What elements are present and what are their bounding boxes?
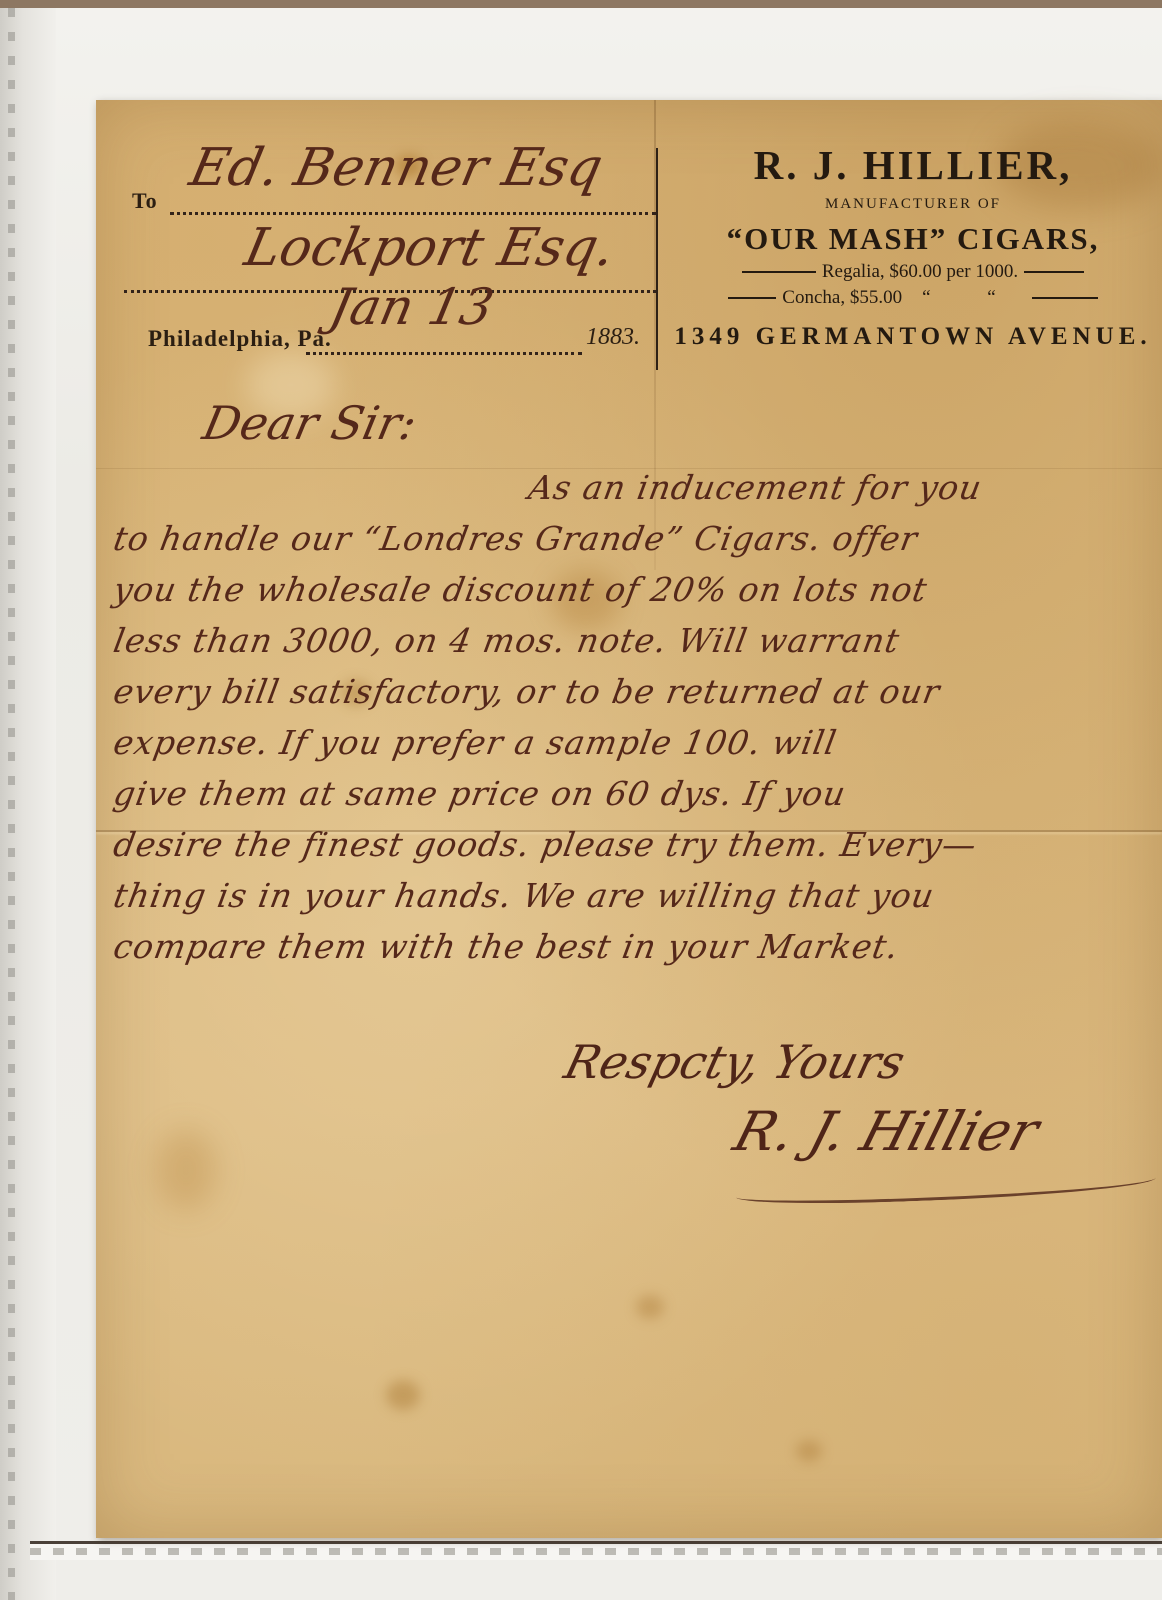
signature-flourish bbox=[736, 1168, 1157, 1208]
stain-smudge bbox=[156, 1130, 216, 1210]
to-label: To bbox=[132, 188, 158, 214]
handwritten-addressee-name: Ed. Benner Esq bbox=[185, 138, 608, 198]
addressee-dotted-line bbox=[170, 212, 656, 215]
price-line-regalia: Regalia, $60.00 per 1000. bbox=[672, 261, 1154, 283]
letter-document: To Ed. Benner Esq Lockport Esq. Philadel… bbox=[96, 100, 1162, 1538]
sleeve-seam bbox=[30, 1541, 1162, 1560]
regalia-price: Regalia, $60.00 per 1000. bbox=[816, 261, 1024, 283]
body-line: give them at same price on 60 dys. If yo… bbox=[110, 768, 1159, 819]
body-line: expense. If you prefer a sample 100. wil… bbox=[110, 717, 1159, 768]
body-line: every bill satisfactory, or to be return… bbox=[110, 666, 1159, 717]
company-name: R. J. HILLIER, bbox=[672, 144, 1154, 187]
date-dotted-line bbox=[306, 352, 582, 355]
body-line: you the wholesale discount of 20% on lot… bbox=[110, 564, 1159, 615]
body-line: As an inducement for you bbox=[110, 462, 1159, 513]
letter-body: As an inducement for you to handle our “… bbox=[114, 462, 1154, 972]
place-label: Philadelphia, Pa. bbox=[148, 326, 332, 352]
rule-dash bbox=[1024, 271, 1084, 273]
manufacturer-line: MANUFACTURER OF bbox=[672, 196, 1154, 213]
rule-dash bbox=[728, 297, 776, 299]
stain-spot bbox=[636, 1295, 664, 1319]
body-line: thing is in your hands. We are willing t… bbox=[110, 870, 1159, 921]
handwritten-date: Jan 13 bbox=[325, 278, 499, 336]
letterhead-divider-rule bbox=[656, 148, 658, 370]
stain-spot bbox=[386, 1380, 420, 1410]
concha-price: Concha, $55.00 bbox=[776, 287, 908, 309]
handwritten-addressee-place: Lockport Esq. bbox=[240, 218, 621, 278]
sleeve-binder-edge bbox=[0, 8, 56, 1600]
closing-line: Respcty, Yours bbox=[559, 1035, 910, 1089]
rule-dash bbox=[1032, 297, 1098, 299]
photo-background: To Ed. Benner Esq Lockport Esq. Philadel… bbox=[0, 0, 1162, 1600]
body-line: compare them with the best in your Marke… bbox=[110, 921, 1159, 972]
body-line: to handle our “Londres Grande” Cigars. o… bbox=[110, 513, 1159, 564]
ditto-marks: “ “ bbox=[908, 287, 1022, 309]
salutation: Dear Sir: bbox=[198, 396, 421, 450]
company-letterhead: R. J. HILLIER, MANUFACTURER OF “OUR MASH… bbox=[672, 144, 1154, 351]
rule-dash bbox=[742, 271, 816, 273]
stain-spot bbox=[796, 1440, 822, 1462]
price-line-concha: Concha, $55.00 “ “ bbox=[672, 287, 1154, 309]
signature: R. J. Hillier bbox=[727, 1100, 1046, 1163]
street-address: 1349 GERMANTOWN AVENUE. bbox=[672, 323, 1154, 351]
printed-year: 1883. bbox=[586, 324, 640, 351]
body-line: less than 3000, on 4 mos. note. Will war… bbox=[110, 615, 1159, 666]
product-name: “OUR MASH” CIGARS, bbox=[672, 221, 1154, 257]
body-line: desire the finest goods. please try them… bbox=[110, 819, 1159, 870]
